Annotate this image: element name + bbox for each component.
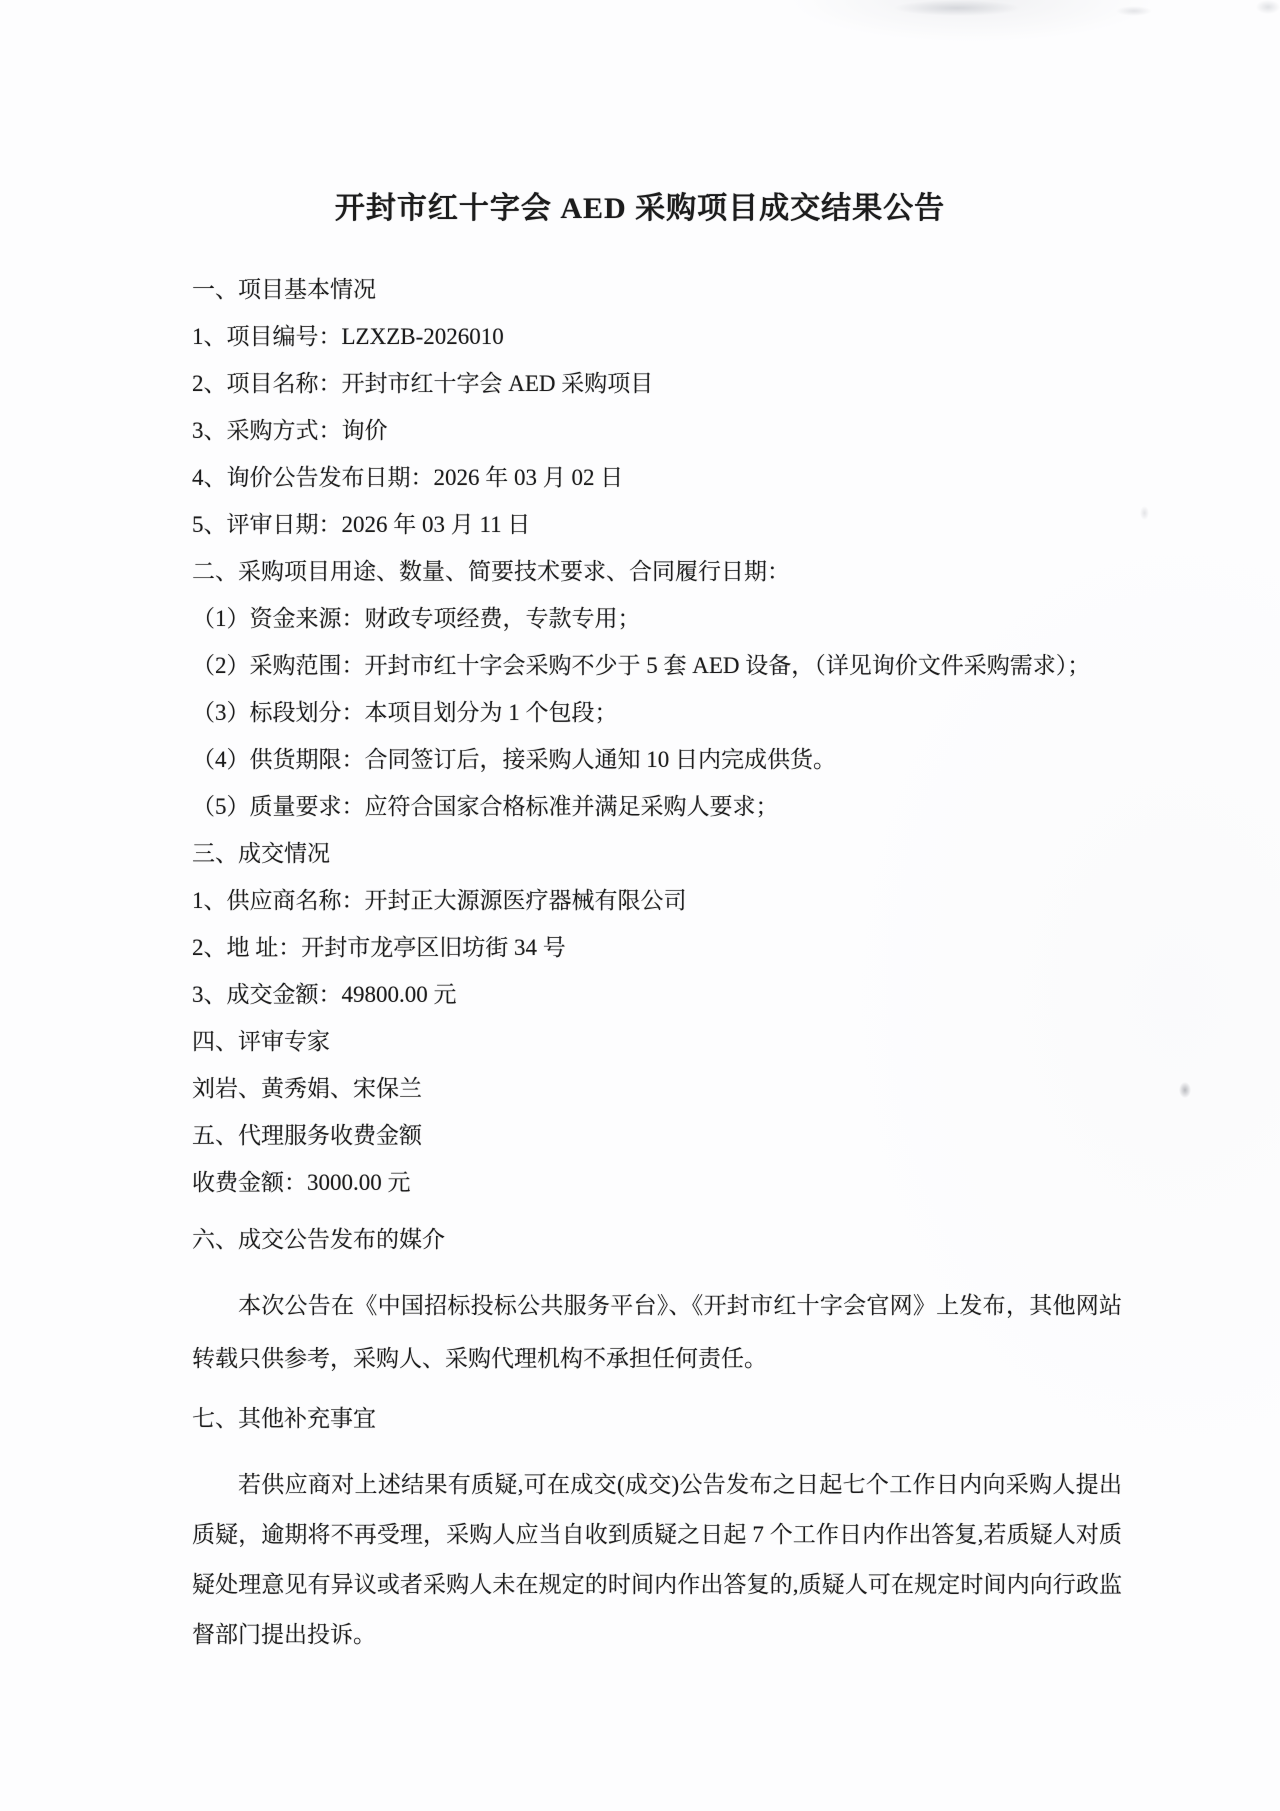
document-line: 3、采购方式：询价 (192, 407, 1122, 454)
scan-smudge-artifact (893, 0, 1021, 16)
document-paragraph: 若供应商对上述结果有质疑,可在成交(成交)公告发布之日起七个工作日内向采购人提出… (192, 1460, 1122, 1660)
scan-speck-artifact (1140, 506, 1149, 520)
document-line: 二、采购项目用途、数量、简要技术要求、合同履行日期： (192, 548, 1122, 595)
document-line: 刘岩、黄秀娟、宋保兰 (192, 1065, 1122, 1112)
document-paragraph: 本次公告在《中国招标投标公共服务平台》、《开封市红十字会官网》上发布，其他网站转… (192, 1279, 1122, 1385)
scan-smudge-artifact (1116, 6, 1152, 16)
document-line: 3、成交金额：49800.00 元 (192, 971, 1122, 1018)
document-line: 四、评审专家 (192, 1018, 1122, 1065)
document-line: （1）资金来源：财政专项经费，专款专用； (192, 595, 1122, 642)
document-line: （3）标段划分：本项目划分为 1 个包段； (192, 689, 1122, 736)
document-title: 开封市红十字会 AED 采购项目成交结果公告 (0, 190, 1280, 228)
scan-speck-artifact (1179, 1082, 1191, 1098)
document-line: （4）供货期限：合同签订后，接采购人通知 10 日内完成供货。 (192, 736, 1122, 783)
document-line: （5）质量要求：应符合国家合格标准并满足采购人要求； (192, 783, 1122, 830)
document-body: 一、项目基本情况1、项目编号：LZXZB-20260102、项目名称：开封市红十… (192, 266, 1122, 1660)
document-line: （2）采购范围：开封市红十字会采购不少于 5 套 AED 设备，（详见询价文件采… (192, 642, 1122, 689)
document-line: 5、评审日期：2026 年 03 月 11 日 (192, 501, 1122, 548)
document-line: 三、成交情况 (192, 830, 1122, 877)
document-line: 1、项目编号：LZXZB-2026010 (192, 313, 1122, 360)
document-line: 1、供应商名称：开封正大源源医疗器械有限公司 (192, 877, 1122, 924)
scan-smudge-artifact (1256, 0, 1280, 14)
document-line: 2、项目名称：开封市红十字会 AED 采购项目 (192, 360, 1122, 407)
scanned-document-page: 开封市红十字会 AED 采购项目成交结果公告 一、项目基本情况1、项目编号：LZ… (0, 0, 1280, 1811)
document-line: 收费金额：3000.00 元 (192, 1159, 1122, 1206)
document-line: 六、成交公告发布的媒介 (192, 1216, 1122, 1263)
document-line: 4、询价公告发布日期：2026 年 03 月 02 日 (192, 454, 1122, 501)
document-line: 七、其他补充事宜 (192, 1395, 1122, 1442)
document-line: 一、项目基本情况 (192, 266, 1122, 313)
document-line: 五、代理服务收费金额 (192, 1112, 1122, 1159)
document-line: 2、地 址：开封市龙亭区旧坊街 34 号 (192, 924, 1122, 971)
